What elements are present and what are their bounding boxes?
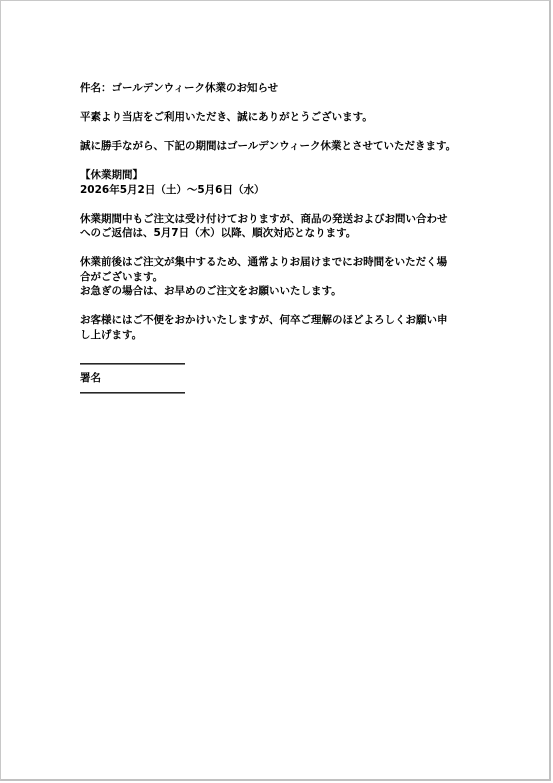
closing-paragraph-line: し上げます。: [80, 328, 500, 343]
signature: 署名: [80, 371, 500, 386]
period-heading: 【休業期間】: [80, 168, 500, 183]
delay-paragraph-line: お急ぎの場合は、お早めのご注文をお願いいたします。: [80, 284, 500, 299]
document-body: 件名：ゴールデンウィーク休業のお知らせ 平素より当店をご利用いただき、誠にありが…: [80, 81, 500, 400]
blank-line: [80, 197, 500, 212]
subject-line: 件名：ゴールデンウィーク休業のお知らせ: [80, 81, 500, 96]
intro-line: 誠に勝手ながら、下記の期間はゴールデンウィーク休業とさせていただきます。: [80, 139, 500, 154]
blank-line: [80, 299, 500, 314]
blank-line: [80, 125, 500, 140]
separator-bottom: ――――――――――: [80, 386, 500, 401]
separator-top: ――――――――――: [80, 357, 500, 372]
delay-paragraph-line: 休業前後はご注文が集中するため、通常よりお届けまでにお時間をいただく場: [80, 255, 500, 270]
blank-line: [80, 154, 500, 169]
orders-paragraph-line: 休業期間中もご注文は受け付けておりますが、商品の発送およびお問い合わせ: [80, 212, 500, 227]
blank-line: [80, 96, 500, 111]
greeting-line: 平素より当店をご利用いただき、誠にありがとうございます。: [80, 110, 500, 125]
orders-paragraph-line: へのご返信は、5月7日（木）以降、順次対応となります。: [80, 226, 500, 241]
period-dates: 2026年5月2日（土）～5月6日（水）: [80, 183, 500, 198]
blank-line: [80, 241, 500, 256]
blank-line: [80, 342, 500, 357]
document-page: 件名：ゴールデンウィーク休業のお知らせ 平素より当店をご利用いただき、誠にありが…: [0, 0, 551, 781]
delay-paragraph-line: 合がございます。: [80, 270, 500, 285]
closing-paragraph-line: お客様にはご不便をおかけいたしますが、何卒ご理解のほどよろしくお願い申: [80, 313, 500, 328]
